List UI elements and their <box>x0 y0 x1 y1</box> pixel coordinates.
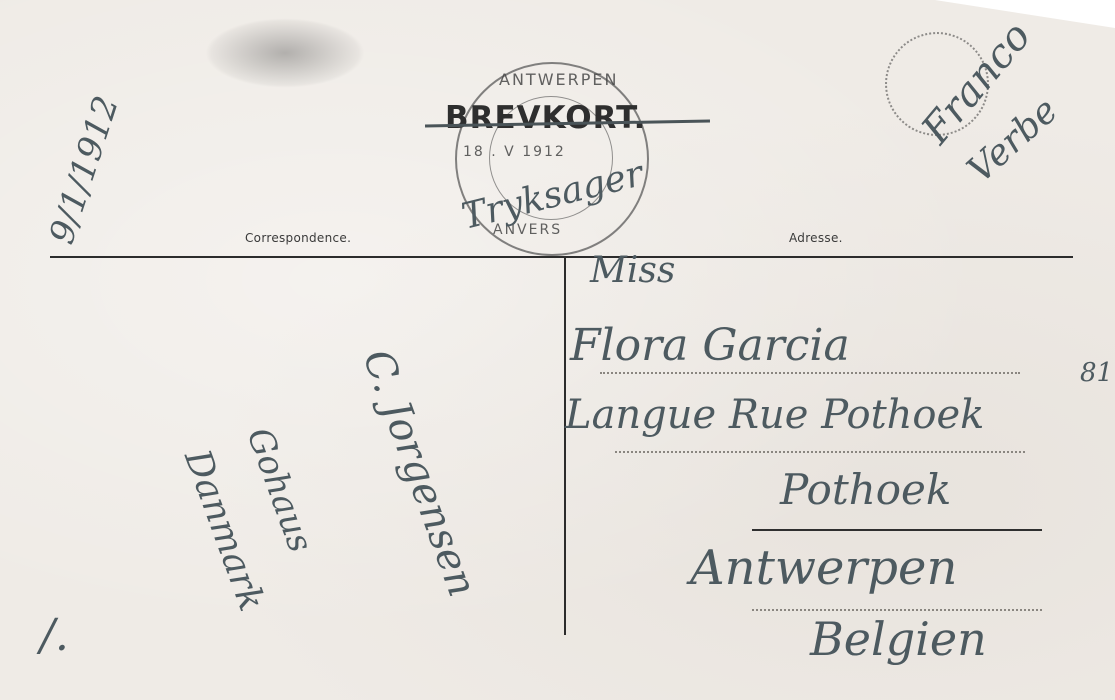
handwritten-date: 9/1/1912 <box>42 91 127 249</box>
address-line-4 <box>752 609 1042 611</box>
recipient-title: Miss <box>590 250 675 291</box>
smudged-postmark <box>205 18 365 88</box>
vertical-divider <box>564 258 566 635</box>
recipient-name: Flora Garcia <box>570 320 850 371</box>
sender-name: C. Jorgensen <box>354 344 486 603</box>
margin-mark: /. <box>40 610 69 661</box>
torn-corner <box>935 0 1115 28</box>
horizontal-divider <box>50 256 1073 258</box>
recipient-country: Belgien <box>810 612 987 666</box>
house-number: 81 <box>1080 358 1113 388</box>
postmark-city: ANTWERPEN <box>499 70 618 89</box>
recipient-street: Langue Rue Pothoek <box>565 392 984 438</box>
postmark-date: 18 . V 1912 <box>463 144 566 160</box>
correspondence-label: Correspondence. <box>245 231 351 245</box>
recipient-city: Antwerpen <box>690 540 957 596</box>
printed-title: BREVKORT. <box>445 100 646 136</box>
address-line-2 <box>615 451 1025 453</box>
address-label: Adresse. <box>789 231 843 245</box>
sender-town: Gohaus <box>239 422 321 557</box>
address-line-3 <box>752 529 1042 531</box>
postcard: ANTWERPEN 18 . V 1912 ANVERS BREVKORT. C… <box>0 0 1115 700</box>
address-line-1 <box>600 372 1020 374</box>
recipient-district: Pothoek <box>780 465 951 514</box>
